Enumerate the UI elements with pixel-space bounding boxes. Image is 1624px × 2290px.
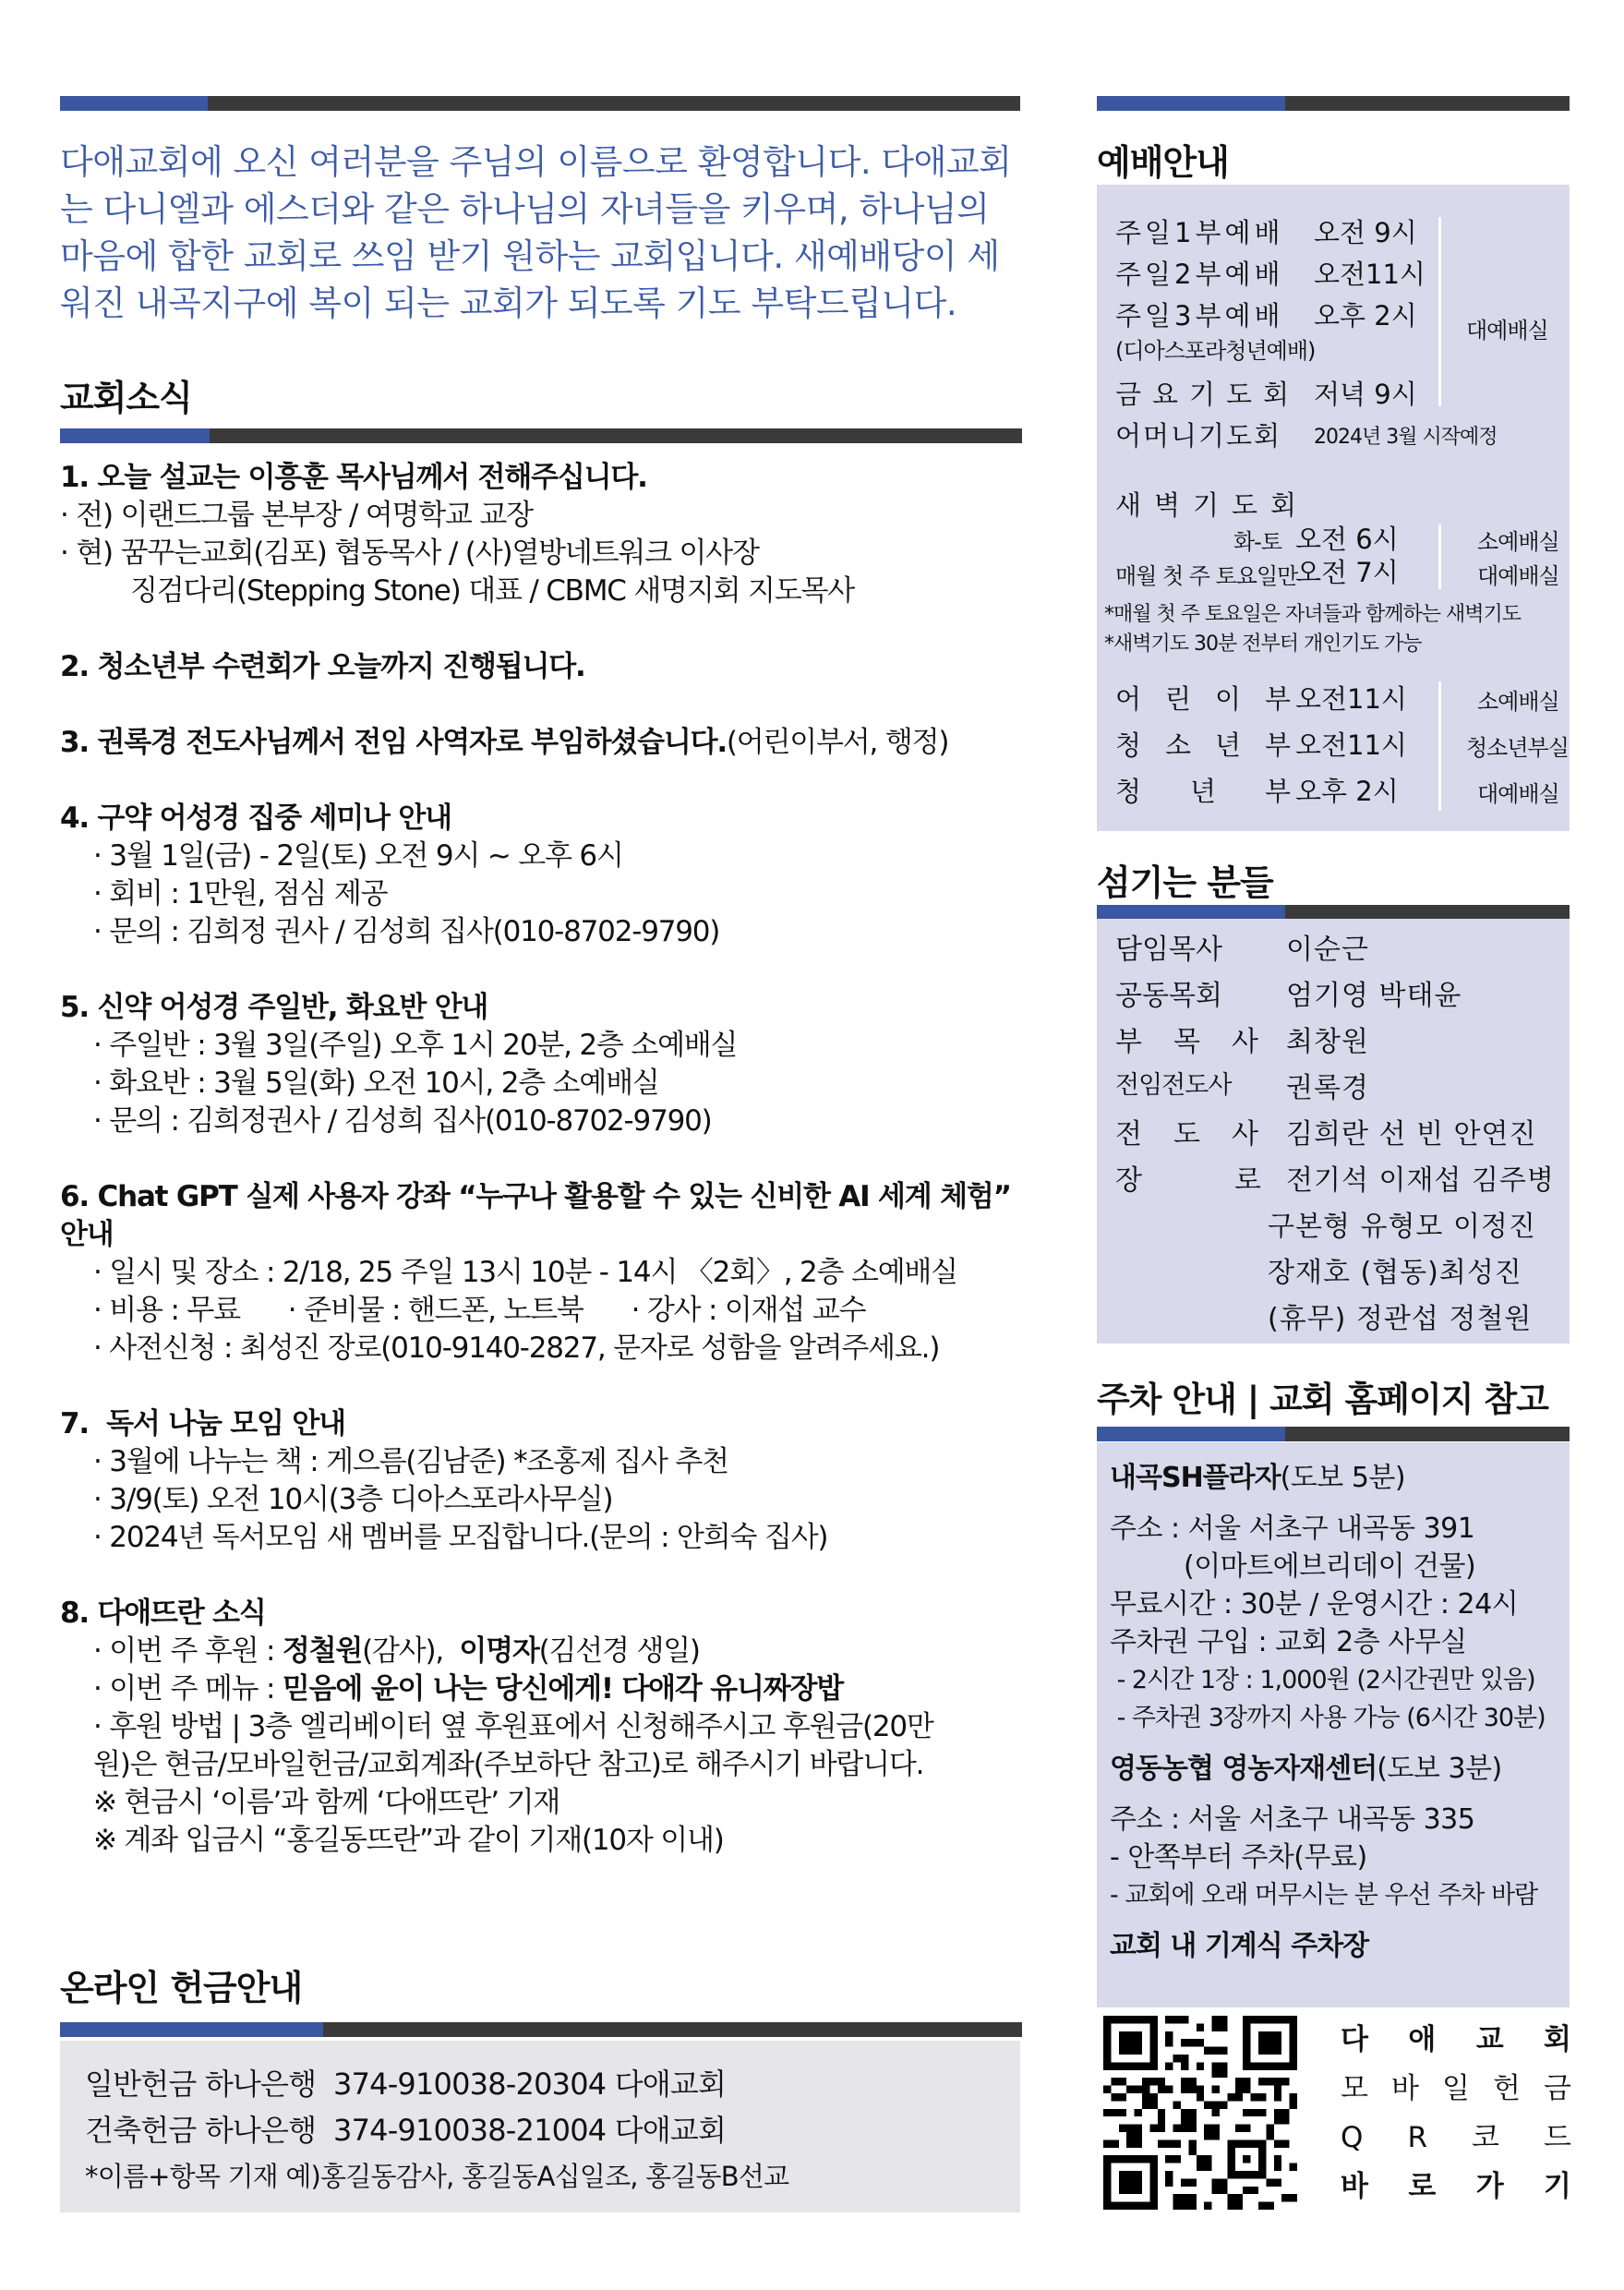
qr-code-icon[interactable] (1103, 2016, 1297, 2210)
qr-char: 바 (1391, 2065, 1419, 2114)
qr-char: 코 (1472, 2114, 1499, 2163)
news-item-2: 2. 청소년부 수련회가 오늘까지 진행됩니다. (60, 648, 1025, 686)
menu-label: · 이번 주 메뉴 : (93, 1672, 283, 1705)
qr-char: 애 (1408, 2016, 1436, 2065)
room-label: 대예배실 (1466, 312, 1548, 344)
news-item-5: 5. 신약 어성경 주일반, 화요반 안내 · 주일반 : 3월 3일(주일) … (60, 989, 1025, 1140)
qr-caption-line: QR코드 (1341, 2114, 1571, 2163)
staff-role: 담임목사 (1115, 926, 1268, 967)
qr-char: 금 (1544, 2065, 1571, 2114)
news-line: · 회비 : 1만원, 점심 제공 (60, 875, 1025, 913)
news-line: · 3월 1일(금) - 2일(토) 오전 9시 ~ 오후 6시 (60, 838, 1025, 875)
news-line: 징검다리(Stepping Stone) 대표 / CBMC 새명지회 지도목사 (60, 572, 1025, 610)
parking-lot-name: 내곡SH플라자 (1110, 1462, 1281, 1494)
parking-lot-2-header: 영동농협 영농자재센터(도보 3분) (1110, 1750, 1557, 1788)
news-heading: 8. 다애뜨란 소식 (60, 1595, 1025, 1633)
news-line: · 3/9(토) 오전 10시(3층 디아스포라사무실) (60, 1481, 1025, 1519)
dept-time: 오전11시 (1295, 679, 1407, 717)
news-heading: 4. 구약 어성경 집중 세미나 안내 (60, 800, 1025, 838)
parking-note: - 교회에 오래 머무시는 분 우선 주차 바람 (1110, 1876, 1557, 1914)
qr-char: 회 (1544, 2016, 1571, 2065)
parking-note: - 주차권 3장까지 사용 가능 (6시간 30분) (1110, 1699, 1557, 1737)
sponsor-line: · 이번 주 후원 : 정철원(감사), 이명자(김선경 생일) (60, 1633, 1025, 1670)
news-line: · 사전신청 : 최성진 장로(010-9140-2827, 문자로 성함을 알… (60, 1330, 1025, 1368)
news-heading: 2. 청소년부 수련회가 오늘까지 진행됩니다. (60, 648, 1025, 686)
service-row: 어머니기도회2024년 3월 시작예정 (1115, 416, 1309, 453)
qr-char: Q (1341, 2114, 1363, 2163)
dept-char: 어 (1115, 679, 1141, 717)
dept-time: 오전11시 (1295, 725, 1407, 763)
news-item-8: 8. 다애뜨란 소식 · 이번 주 후원 : 정철원(감사), 이명자(김선경 … (60, 1595, 1025, 1860)
news-title: 교회소식 (60, 369, 192, 420)
divider-line (1438, 524, 1441, 589)
news-heading-suffix: (어린이부서, 행정) (727, 726, 948, 759)
qr-char: 기 (1544, 2163, 1571, 2212)
staff-role: 공동목회 (1115, 972, 1268, 1013)
dawn-prayer-label: 새벽기도회 (1115, 485, 1309, 523)
staff-names: 김희란 선 빈 안연진 (1286, 1111, 1536, 1151)
dawn-day: 매월 첫 주 토요일만 (1115, 558, 1281, 590)
service-label: 주일2부예배 (1115, 254, 1309, 292)
service-time: 오후 2시 (1314, 295, 1417, 333)
offering-account-building: 건축헌금 하나은행 374-910038-21004 다애교회 (85, 2107, 995, 2153)
staff-names: 구본형 유형모 이정진 (1268, 1203, 1536, 1244)
staff-role: 전임전도사 (1115, 1065, 1268, 1101)
qr-char: 모 (1341, 2065, 1368, 2114)
qr-char: 일 (1442, 2065, 1470, 2114)
qr-char: 다 (1341, 2016, 1368, 2065)
parking-lot-name: 교회 내 기계식 주차장 (1110, 1927, 1557, 1965)
news-item-3: 3. 권록경 전도사님께서 전임 사역자로 부임하셨습니다.(어린이부서, 행정… (60, 724, 1025, 762)
service-subtitle: (디아스포라청년예배) (1115, 332, 1315, 365)
news-divider (60, 428, 1022, 443)
offering-account-general: 일반헌금 하나은행 374-910038-20304 다애교회 (85, 2061, 995, 2107)
qr-char: 헌 (1493, 2065, 1521, 2114)
staff-names: (휴무) 정관섭 정철원 (1268, 1296, 1532, 1336)
dawn-note: *새벽기도 30분 전부터 개인기도 가능 (1104, 628, 1422, 657)
welcome-message: 다애교회에 오신 여러분을 주님의 이름으로 환영합니다. 다애교회 는 다니엘… (60, 139, 1025, 327)
staff-divider (1097, 905, 1570, 920)
welcome-line: 워진 내곡지구에 복이 되는 교회가 되도록 기도 부탁드립니다. (60, 280, 1025, 327)
worship-title: 예배안내 (1097, 134, 1229, 185)
news-heading: 6. Chat GPT 실제 사용자 강좌 “누구나 활용할 수 있는 신비한 … (60, 1178, 1025, 1254)
news-list: 1. 오늘 설교는 이흥훈 목사님께서 전해주십니다. · 전) 이랜드그룹 본… (60, 459, 1025, 1898)
staff-names: 권록경 (1286, 1065, 1369, 1105)
news-line: · 주일반 : 3월 3일(주일) 오후 1시 20분, 2층 소예배실 (60, 1027, 1025, 1065)
staff-names: 엄기영 박태윤 (1286, 972, 1462, 1013)
service-row: 주일1부예배오전 9시 (1115, 212, 1309, 250)
staff-names: 장재호 (협동)최성진 (1268, 1249, 1522, 1290)
offering-note: *이름+항목 기재 예)홍길동감사, 홍길동A십일조, 홍길동B선교 (85, 2153, 995, 2200)
staff-row: 전도사김희란 선 빈 안연진 (1115, 1111, 1268, 1151)
news-line: · 2024년 독서모임 새 멤버를 모집합니다.(문의 : 안희숙 집사) (60, 1519, 1025, 1557)
qr-char: R (1407, 2114, 1427, 2163)
room-label: 대예배실 (1477, 776, 1559, 808)
dept-char: 이 (1215, 679, 1241, 717)
qr-char: 로 (1408, 2163, 1436, 2212)
service-time: 오전11시 (1314, 254, 1426, 292)
dept-row: 청소년부 (1115, 725, 1291, 763)
news-heading-text: 3. 권록경 전도사님께서 전임 사역자로 부임하셨습니다. (60, 726, 727, 759)
staff-row: 공동목회엄기영 박태윤 (1115, 972, 1268, 1013)
dept-char: 년 (1215, 725, 1241, 763)
divider-line (1438, 217, 1441, 406)
dept-time: 오후 2시 (1295, 771, 1399, 809)
room-label: 소예배실 (1477, 683, 1559, 716)
parking-address: 주소 : 서울 서초구 내곡동 391 (1110, 1510, 1557, 1548)
news-line: · 전) 이랜드그룹 본부장 / 여명학교 교장 (60, 497, 1025, 535)
dept-row: 어린이부 (1115, 679, 1291, 717)
staff-role: 전도사 (1115, 1111, 1268, 1151)
divider-line (1438, 681, 1441, 811)
parking-building: (이마트에브리데이 건물) (1110, 1548, 1557, 1585)
news-heading: 7. 독서 나눔 모임 안내 (60, 1405, 1025, 1443)
news-item-7: 7. 독서 나눔 모임 안내 · 3월에 나누는 책 : 게으름(김남준) *조… (60, 1405, 1025, 1557)
service-time: 오전 9시 (1314, 212, 1417, 250)
parking-lot-name: 영동농협 영농자재센터 (1110, 1753, 1377, 1785)
parking-divider (1097, 1427, 1570, 1441)
qr-caption-line: 바로가기 (1341, 2163, 1571, 2212)
menu-line: · 이번 주 메뉴 : 믿음에 윤이 나는 당신에게! 다애각 유니짜장밥 (60, 1670, 1025, 1708)
parking-ticket: 주차권 구입 : 교회 2층 사무실 (1110, 1623, 1557, 1661)
walk-time: (도보 5분) (1281, 1462, 1405, 1494)
service-time: 2024년 3월 시작예정 (1314, 421, 1497, 450)
service-row: 금요기도회저녁 9시 (1115, 374, 1309, 412)
qr-char: 바 (1341, 2163, 1368, 2212)
offering-title: 온라인 헌금안내 (60, 1959, 302, 2010)
parking-panel: 내곡SH플라자(도보 5분) 주소 : 서울 서초구 내곡동 391 (이마트에… (1097, 1442, 1570, 2007)
walk-time: (도보 3분) (1377, 1753, 1501, 1785)
news-line: · 문의 : 김희정 권사 / 김성희 집사(010-8702-9790) (60, 913, 1025, 951)
qr-char: 가 (1476, 2163, 1504, 2212)
parking-lot-1-header: 내곡SH플라자(도보 5분) (1110, 1459, 1557, 1497)
dept-row: 청년부 (1115, 771, 1291, 809)
parking-note: - 안쪽부터 주차(무료) (1110, 1838, 1557, 1876)
news-item-4: 4. 구약 어성경 집중 세미나 안내 · 3월 1일(금) - 2일(토) 오… (60, 800, 1025, 951)
welcome-line: 다애교회에 오신 여러분을 주님의 이름으로 환영합니다. 다애교회 (60, 139, 1025, 186)
news-item-1: 1. 오늘 설교는 이흥훈 목사님께서 전해주십니다. · 전) 이랜드그룹 본… (60, 459, 1025, 610)
dawn-day: 화-토 (1115, 524, 1281, 556)
service-row: 주일3부예배오후 2시 (1115, 295, 1309, 333)
news-line: ※ 현금시 ‘이름’과 함께 ‘다애뜨란’ 기재 (60, 1784, 1025, 1822)
top-divider-right (1097, 96, 1570, 111)
news-heading: 1. 오늘 설교는 이흥훈 목사님께서 전해주십니다. (60, 459, 1025, 497)
staff-role: 장로 (1115, 1157, 1268, 1198)
service-label: 금요기도회 (1115, 374, 1309, 412)
staff-row: 전임전도사권록경 (1115, 1065, 1268, 1101)
staff-row: 담임목사이순근 (1115, 926, 1268, 967)
news-line: · 일시 및 장소 : 2/18, 25 주일 13시 10분 - 14시 〈2… (60, 1254, 1025, 1292)
qr-caption-line: 다애교회 (1341, 2016, 1571, 2065)
offering-box: 일반헌금 하나은행 374-910038-20304 다애교회 건축헌금 하나은… (60, 2041, 1020, 2212)
sponsor-label: · 이번 주 후원 : (93, 1634, 283, 1668)
offering-divider (60, 2022, 1022, 2037)
staff-names: 이순근 (1286, 926, 1369, 967)
worship-panel: 주일1부예배오전 9시 주일2부예배오전11시 주일3부예배오후 2시 (디아스… (1097, 185, 1570, 831)
dept-char: 청 (1115, 771, 1141, 809)
room-label: 청소년부실 (1466, 729, 1569, 762)
news-line: · 현) 꿈꾸는교회(김포) 협동목사 / (사)열방네트워크 이사장 (60, 535, 1025, 572)
news-line: ※ 계좌 입금시 “홍길동뜨란”과 같이 기재(10자 이내) (60, 1822, 1025, 1860)
parking-address: 주소 : 서울 서초구 내곡동 335 (1110, 1801, 1557, 1838)
staff-role: 부목사 (1115, 1018, 1268, 1059)
parking-title: 주차 안내 | 교회 홈페이지 참고 (1097, 1371, 1548, 1421)
dept-char: 부 (1265, 771, 1291, 809)
dept-char: 부 (1265, 679, 1291, 717)
news-heading: 5. 신약 어성경 주일반, 화요반 안내 (60, 989, 1025, 1027)
service-row: 주일2부예배오전11시 (1115, 254, 1309, 292)
room-label: 소예배실 (1477, 524, 1559, 556)
dept-char: 소 (1165, 725, 1191, 763)
welcome-line: 마음에 합한 교회로 쓰임 받기 원하는 교회입니다. 새예배당이 세 (60, 233, 1025, 280)
news-heading: 3. 권록경 전도사님께서 전임 사역자로 부임하셨습니다.(어린이부서, 행정… (60, 724, 1025, 762)
news-line: · 후원 방법 | 3층 엘리베이터 옆 후원표에서 신청해주시고 후원금(20… (60, 1708, 1025, 1746)
menu-value: 믿음에 윤이 나는 당신에게! 다애각 유니짜장밥 (283, 1672, 843, 1705)
staff-names: 전기석 이재섭 김주병 (1286, 1157, 1555, 1198)
news-line: · 3월에 나누는 책 : 게으름(김남준) *조홍제 집사 추천 (60, 1443, 1025, 1481)
staff-row: 장로전기석 이재섭 김주병 (1115, 1157, 1268, 1198)
staff-title: 섬기는 분들 (1097, 854, 1273, 905)
staff-names: 최창원 (1286, 1018, 1369, 1059)
parking-note: - 2시간 1장 : 1,000원 (2시간권만 있음) (1110, 1661, 1557, 1699)
dept-char: 부 (1265, 725, 1291, 763)
staff-panel: 담임목사이순근 공동목회엄기영 박태윤 부목사최창원 전임전도사권록경 전도사김… (1097, 919, 1570, 1344)
qr-caption-line: 모바일헌금 (1341, 2065, 1571, 2114)
news-item-6: 6. Chat GPT 실제 사용자 강좌 “누구나 활용할 수 있는 신비한 … (60, 1178, 1025, 1368)
service-label: 주일3부예배 (1115, 295, 1309, 333)
parking-hours: 무료시간 : 30분 / 운영시간 : 24시 (1110, 1585, 1557, 1623)
dawn-time: 오전 7시 (1295, 552, 1399, 590)
service-time: 저녁 9시 (1314, 374, 1417, 412)
qr-char: 교 (1476, 2016, 1504, 2065)
qr-char: 드 (1544, 2114, 1571, 2163)
dept-char: 년 (1190, 771, 1216, 809)
service-label: 주일1부예배 (1115, 212, 1309, 250)
welcome-line: 는 다니엘과 에스더와 같은 하나님의 자녀들을 키우며, 하나님의 (60, 186, 1025, 233)
room-label: 대예배실 (1477, 558, 1559, 590)
service-label: 어머니기도회 (1115, 416, 1309, 453)
dept-char: 청 (1115, 725, 1141, 763)
news-line: 원)은 현금/모바일헌금/교회계좌(주보하단 참고)로 해주시기 바랍니다. (60, 1746, 1025, 1784)
sponsor-note: (김선경 생일) (539, 1634, 700, 1668)
news-line: · 문의 : 김희정권사 / 김성희 집사(010-8702-9790) (60, 1103, 1025, 1140)
sponsor-name: 이명자 (459, 1634, 538, 1668)
news-line: · 화요반 : 3월 5일(화) 오전 10시, 2층 소예배실 (60, 1065, 1025, 1103)
top-divider-left (60, 96, 1020, 111)
dawn-note: *매월 첫 주 토요일은 자녀들과 함께하는 새벽기도 (1104, 598, 1521, 627)
sponsor-note: (감사), (362, 1634, 459, 1668)
dawn-time: 오전 6시 (1295, 519, 1399, 557)
sponsor-name: 정철원 (283, 1634, 362, 1668)
qr-caption[interactable]: 다애교회 모바일헌금 QR코드 바로가기 (1341, 2016, 1571, 2212)
dept-char: 린 (1165, 679, 1191, 717)
news-line: · 비용 : 무료 · 준비물 : 핸드폰, 노트북 · 강사 : 이재섭 교수 (60, 1292, 1025, 1330)
staff-row: 부목사최창원 (1115, 1018, 1268, 1059)
